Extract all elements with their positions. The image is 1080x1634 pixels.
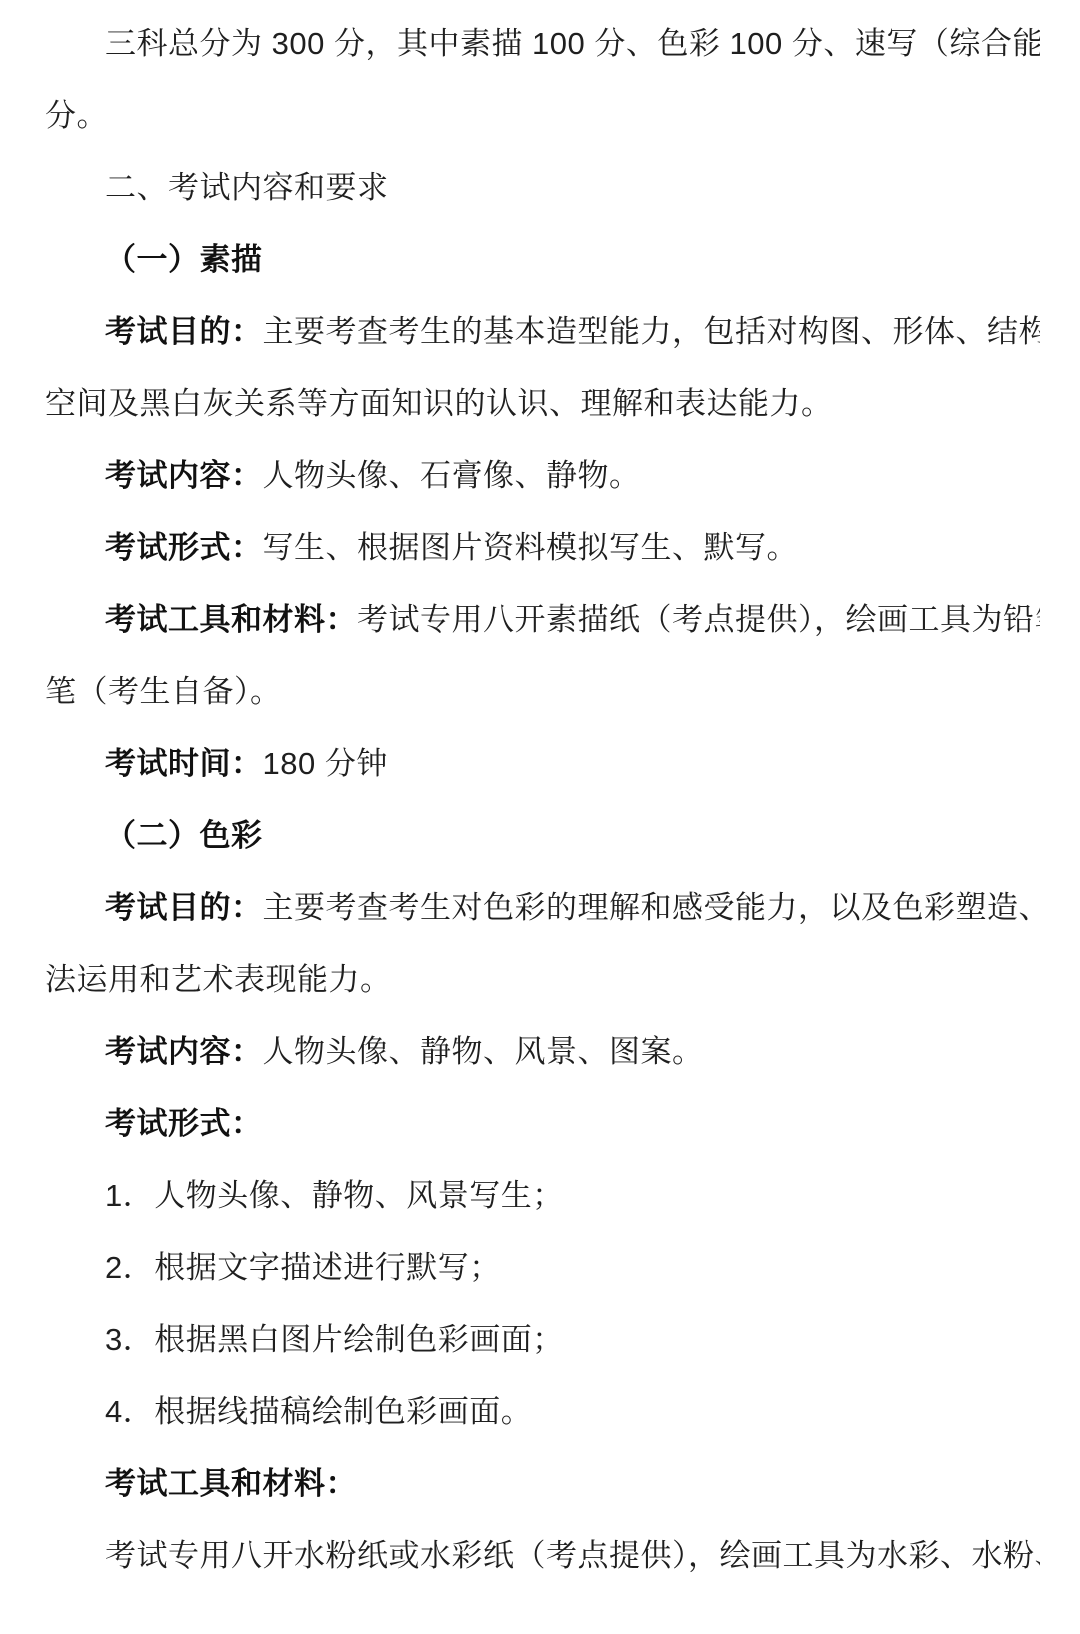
text-segment: 人物头像、石膏像、静物。 <box>263 458 641 493</box>
text-segment: 分。 <box>45 98 108 133</box>
bold-label: 考试时间： <box>105 746 263 781</box>
text-segment: 二、考试内容和要求 <box>105 170 389 205</box>
text-line: 空间及黑白灰关系等方面知识的认识、理解和表达能力。 <box>45 368 1040 440</box>
text-segment: 考试专用八开水粉纸或水彩纸（考点提供），绘画工具为水彩、水粉、丙烯 <box>105 1538 1040 1573</box>
bold-label: 考试目的： <box>105 314 263 349</box>
text-segment: 法运用和艺术表现能力。 <box>45 962 392 997</box>
text-line: 考试目的：主要考查考生的基本造型能力，包括对构图、形体、结构、质感、 <box>45 296 1040 368</box>
text-line: 2．根据文字描述进行默写； <box>45 1232 1040 1304</box>
text-line: 3．根据黑白图片绘制色彩画面； <box>45 1304 1040 1376</box>
text-line: （二）色彩 <box>45 800 1040 872</box>
text-line: 考试专用八开水粉纸或水彩纸（考点提供），绘画工具为水彩、水粉、丙烯 <box>45 1520 1040 1592</box>
text-line: 法运用和艺术表现能力。 <box>45 944 1040 1016</box>
text-line: （一）素描 <box>45 224 1040 296</box>
text-segment: 考试专用八开素描纸（考点提供），绘画工具为铅笔或炭 <box>357 602 1040 637</box>
text-segment: 笔（考生自备）。 <box>45 674 282 709</box>
text-segment: 写生、根据图片资料模拟写生、默写。 <box>263 530 799 565</box>
text-segment: 4．根据线描稿绘制色彩画面。 <box>105 1394 532 1429</box>
text-segment: 3．根据黑白图片绘制色彩画面； <box>105 1322 564 1357</box>
text-line: 考试内容：人物头像、石膏像、静物。 <box>45 440 1040 512</box>
text-line: 考试形式： <box>45 1088 1040 1160</box>
bold-label: 考试内容： <box>105 458 263 493</box>
text-line: 考试工具和材料：考试专用八开素描纸（考点提供），绘画工具为铅笔或炭 <box>45 584 1040 656</box>
text-segment: 180 分钟 <box>263 746 388 781</box>
bold-label: （一）素描 <box>105 242 263 277</box>
text-line: 考试时间：180 分钟 <box>45 728 1040 800</box>
text-line: 考试形式：写生、根据图片资料模拟写生、默写。 <box>45 512 1040 584</box>
text-segment: 主要考查考生的基本造型能力，包括对构图、形体、结构、质感、 <box>263 314 1041 349</box>
text-line: 4．根据线描稿绘制色彩画面。 <box>45 1376 1040 1448</box>
text-segment: 空间及黑白灰关系等方面知识的认识、理解和表达能力。 <box>45 386 833 421</box>
text-segment: 主要考查考生对色彩的理解和感受能力，以及色彩塑造、色彩技 <box>263 890 1041 925</box>
text-line: 二、考试内容和要求 <box>45 152 1040 224</box>
bold-label: 考试工具和材料： <box>105 602 357 637</box>
bold-label: 考试形式： <box>105 1106 263 1141</box>
text-line: 分。 <box>45 80 1040 152</box>
text-line: 考试内容：人物头像、静物、风景、图案。 <box>45 1016 1040 1088</box>
text-line: 考试目的：主要考查考生对色彩的理解和感受能力，以及色彩塑造、色彩技 <box>45 872 1040 944</box>
text-segment: 2．根据文字描述进行默写； <box>105 1250 501 1285</box>
bold-label: 考试目的： <box>105 890 263 925</box>
bold-label: （二）色彩 <box>105 818 263 853</box>
text-line: 三科总分为 300 分，其中素描 100 分、色彩 100 分、速写（综合能力）… <box>45 8 1040 80</box>
bold-label: 考试工具和材料： <box>105 1466 357 1501</box>
text-line: 笔（考生自备）。 <box>45 656 1040 728</box>
bold-label: 考试内容： <box>105 1034 263 1069</box>
text-line: 1．人物头像、静物、风景写生； <box>45 1160 1040 1232</box>
document-page: 三科总分为 300 分，其中素描 100 分、色彩 100 分、速写（综合能力）… <box>0 0 1080 1634</box>
text-segment: 人物头像、静物、风景、图案。 <box>263 1034 704 1069</box>
bold-label: 考试形式： <box>105 530 263 565</box>
text-segment: 三科总分为 300 分，其中素描 100 分、色彩 100 分、速写（综合能力）… <box>105 26 1040 61</box>
text-line: 考试工具和材料： <box>45 1448 1040 1520</box>
text-segment: 1．人物头像、静物、风景写生； <box>105 1178 564 1213</box>
